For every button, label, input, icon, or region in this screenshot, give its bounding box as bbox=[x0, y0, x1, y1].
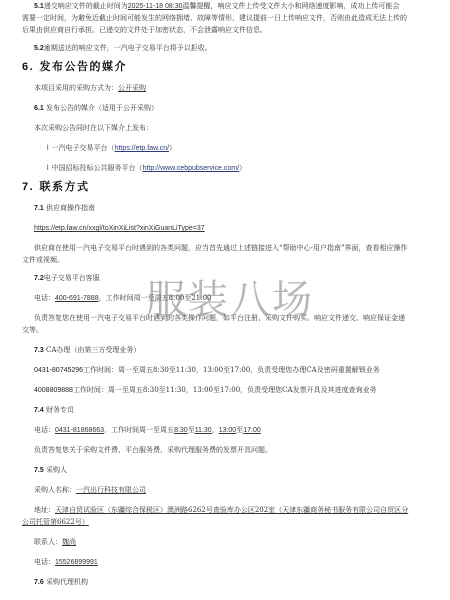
para-7-1-title: 7.1 供应商操作指南 bbox=[22, 202, 444, 215]
para-title: 供应商操作指南 bbox=[46, 204, 95, 212]
para-7-3-title: 7.3 CA办理（由第三方受理业务） bbox=[22, 344, 444, 357]
para-number: 7.3 bbox=[34, 347, 44, 354]
guide-link[interactable]: https://etp.faw.cn/xxgl/toXinXiList?xinX… bbox=[34, 225, 205, 232]
para-number: 5.2 bbox=[34, 45, 44, 52]
media-item: l一汽电子交易平台（https://etp.faw.cn/） bbox=[47, 142, 450, 155]
address-value: 天津自贸试验区（东疆综合保税区）澳洲路6262号查验库办公区202室（天津东疆商… bbox=[55, 506, 408, 514]
para-5-2-text: 逾期送达的响应文件，一汽电子交易平台将予以拒收。 bbox=[44, 44, 212, 52]
deadline-value: 2025-11-18 08:30 bbox=[128, 3, 183, 10]
para-number: 7.1 bbox=[34, 205, 44, 212]
para-title: 电子交易平台客服 bbox=[44, 274, 100, 282]
close-paren: ） bbox=[239, 164, 246, 172]
ca-line-1: 0431-80745296工作时间：周一至周五8:30至11:30，13:00至… bbox=[22, 364, 444, 377]
para-number: 7.2 bbox=[34, 275, 44, 282]
phone-value: 15526899991 bbox=[55, 559, 98, 566]
para-6-1: 6.1 发布公告的媒介（适用于公开采购） bbox=[22, 102, 444, 115]
para-7-4-desc: 负责答复您关于采购文件费、平台服务费、采购代理服务费的发票开具问题。 bbox=[22, 444, 444, 456]
media-link-cebpub[interactable]: http://www.cebpubservice.com/ bbox=[143, 165, 240, 172]
address-value-cont: 公司托管第6622号） bbox=[22, 518, 89, 526]
guide-link-row: https://etp.faw.cn/xxgl/toXinXiList?xinX… bbox=[22, 222, 444, 235]
address-label: 地址： bbox=[34, 506, 55, 514]
para-6-1-text: 发布公告的媒介（适用于公开采购） bbox=[46, 104, 158, 112]
contact-label: 联系人： bbox=[34, 538, 62, 546]
phone-value: 0431-81868663 bbox=[55, 427, 104, 434]
close-paren: ） bbox=[169, 144, 176, 152]
time-value: 17:00 bbox=[243, 427, 261, 434]
para-number: 7.5 bbox=[34, 467, 44, 474]
purchaser-address-line1: 地址：天津自贸试验区（东疆综合保税区）澳洲路6262号查验库办公区202室（天津… bbox=[22, 504, 444, 516]
procurement-method: 本项目采用的采购方式为：公开采购 bbox=[22, 82, 444, 94]
ca-line-2: 4008809888工作时间：周一至周五8:30至11:30，13:00至17:… bbox=[22, 384, 444, 397]
para-number: 6.1 bbox=[34, 105, 44, 112]
work-hours: ，工作时间周一至周五8:00至21:00 bbox=[99, 294, 212, 302]
document-page: 5.1递交响应文件的截止时间为2025-11-18 08:30温馨提醒，响应文件… bbox=[0, 0, 450, 600]
para-5-1-line3: 后果由供应商自行承担。已递交的文件处于加密状态，不会泄露响应文件信息。 bbox=[22, 24, 432, 36]
para-title: 采购代理机构 bbox=[46, 578, 88, 586]
phone-label: 电话： bbox=[34, 426, 55, 434]
time-value: 13:00 bbox=[219, 427, 237, 434]
ca-line-2-text: 工作时间：周一至周五8:30至11:30，13:00至17:00，负责受理您CA… bbox=[73, 386, 377, 394]
media-item: l中国招标投标公共服务平台（http://www.cebpubservice.c… bbox=[47, 162, 450, 175]
para-number: 7.6 bbox=[34, 579, 44, 586]
phone-value: 400-691-7888 bbox=[55, 295, 99, 302]
para-number: 5.1 bbox=[34, 3, 44, 10]
para-7-6-title: 7.6 采购代理机构 bbox=[22, 576, 444, 589]
purchaser-name-value: 一汽出行科技有限公司 bbox=[76, 486, 146, 494]
para-title: 采购人 bbox=[46, 466, 67, 474]
purchaser-name: 采购人名称：一汽出行科技有限公司 bbox=[22, 484, 444, 496]
section-heading-6: 6. 发布公告的媒介 bbox=[22, 61, 127, 73]
ca-line-1-text: 工作时间：周一至周五8:30至11:30，13:00至17:00，负责受理您办理… bbox=[83, 366, 380, 374]
phone-label: 电话： bbox=[34, 294, 55, 302]
to-text: 至 bbox=[188, 426, 195, 434]
para-5-2: 5.2逾期送达的响应文件，一汽电子交易平台将予以拒收。 bbox=[22, 42, 444, 55]
contact-value: 魏尚 bbox=[62, 538, 76, 546]
purchaser-name-label: 采购人名称： bbox=[34, 486, 76, 494]
para-number: 7.4 bbox=[34, 407, 44, 414]
para-7-2-title: 7.2电子交易平台客服 bbox=[22, 272, 444, 285]
heading-number: 7. bbox=[22, 181, 34, 193]
platform-support-phone: 电话：400-691-7888，工作时间周一至周五8:00至21:00 bbox=[22, 292, 444, 305]
para-7-2-desc-line2: 交等。 bbox=[22, 324, 432, 336]
separator: ， bbox=[212, 426, 219, 434]
media-name: 中国招标投标公共服务平台（ bbox=[52, 164, 143, 172]
media-intro: 本次采购公告同时在以下媒介上发布： bbox=[22, 122, 444, 134]
heading-text: 联系方式 bbox=[40, 180, 90, 193]
work-hours-label: ，工作时间周一至周五 bbox=[104, 426, 174, 434]
para-title: CA办理（由第三方受理业务） bbox=[46, 346, 140, 354]
purchaser-phone: 电话：15526899991 bbox=[22, 556, 444, 569]
method-label: 本项目采用的采购方式为： bbox=[34, 84, 118, 92]
purchaser-contact: 联系人：魏尚 bbox=[22, 536, 444, 548]
ca-phone-2: 4008809888 bbox=[34, 387, 73, 394]
bullet-icon: l bbox=[47, 145, 49, 152]
time-value: 8:30 bbox=[174, 427, 188, 434]
para-5-1-line2: 需要一定时间，为避免近截止时间可能发生的网络拥堵、故障等情形，建议提前一日上传响… bbox=[22, 12, 432, 24]
finance-phone: 电话：0431-81868663，工作时间周一至周五8:30至11:30，13:… bbox=[22, 424, 444, 437]
para-7-5-title: 7.5 采购人 bbox=[22, 464, 444, 477]
heading-text: 发布公告的媒介 bbox=[40, 60, 128, 73]
purchaser-address-line2: 公司托管第6622号） bbox=[22, 516, 432, 528]
upload-reminder: 温馨提醒，响应文件上传受文件大小和网络速度影响，成功上传可能会 bbox=[182, 2, 399, 10]
method-value: 公开采购 bbox=[118, 84, 146, 92]
time-value: 11:30 bbox=[195, 427, 212, 434]
heading-number: 6. bbox=[22, 61, 34, 73]
para-7-1-desc-line1: 供应商在使用一汽电子交易平台时遇到的各类问题，应当首先通过上述链接进入“帮助中心… bbox=[22, 242, 444, 254]
deadline-label: 递交响应文件的截止时间为 bbox=[44, 2, 128, 10]
ca-phone-1: 0431-80745296 bbox=[34, 367, 83, 374]
para-7-2-desc-line1: 负责答复您在使用一汽电子交易平台时遇到的各类操作问题，如平台注册、采购文件购买、… bbox=[22, 312, 444, 324]
phone-label: 电话： bbox=[34, 558, 55, 566]
section-heading-7: 7. 联系方式 bbox=[22, 181, 90, 193]
bullet-icon: l bbox=[47, 165, 49, 172]
para-7-4-title: 7.4 财务专员 bbox=[22, 404, 444, 417]
media-link-etp[interactable]: https://etp.faw.cn/ bbox=[115, 145, 169, 152]
para-7-1-desc-line2: 文件或视频。 bbox=[22, 254, 432, 266]
media-name: 一汽电子交易平台（ bbox=[52, 144, 115, 152]
para-title: 财务专员 bbox=[46, 406, 74, 414]
